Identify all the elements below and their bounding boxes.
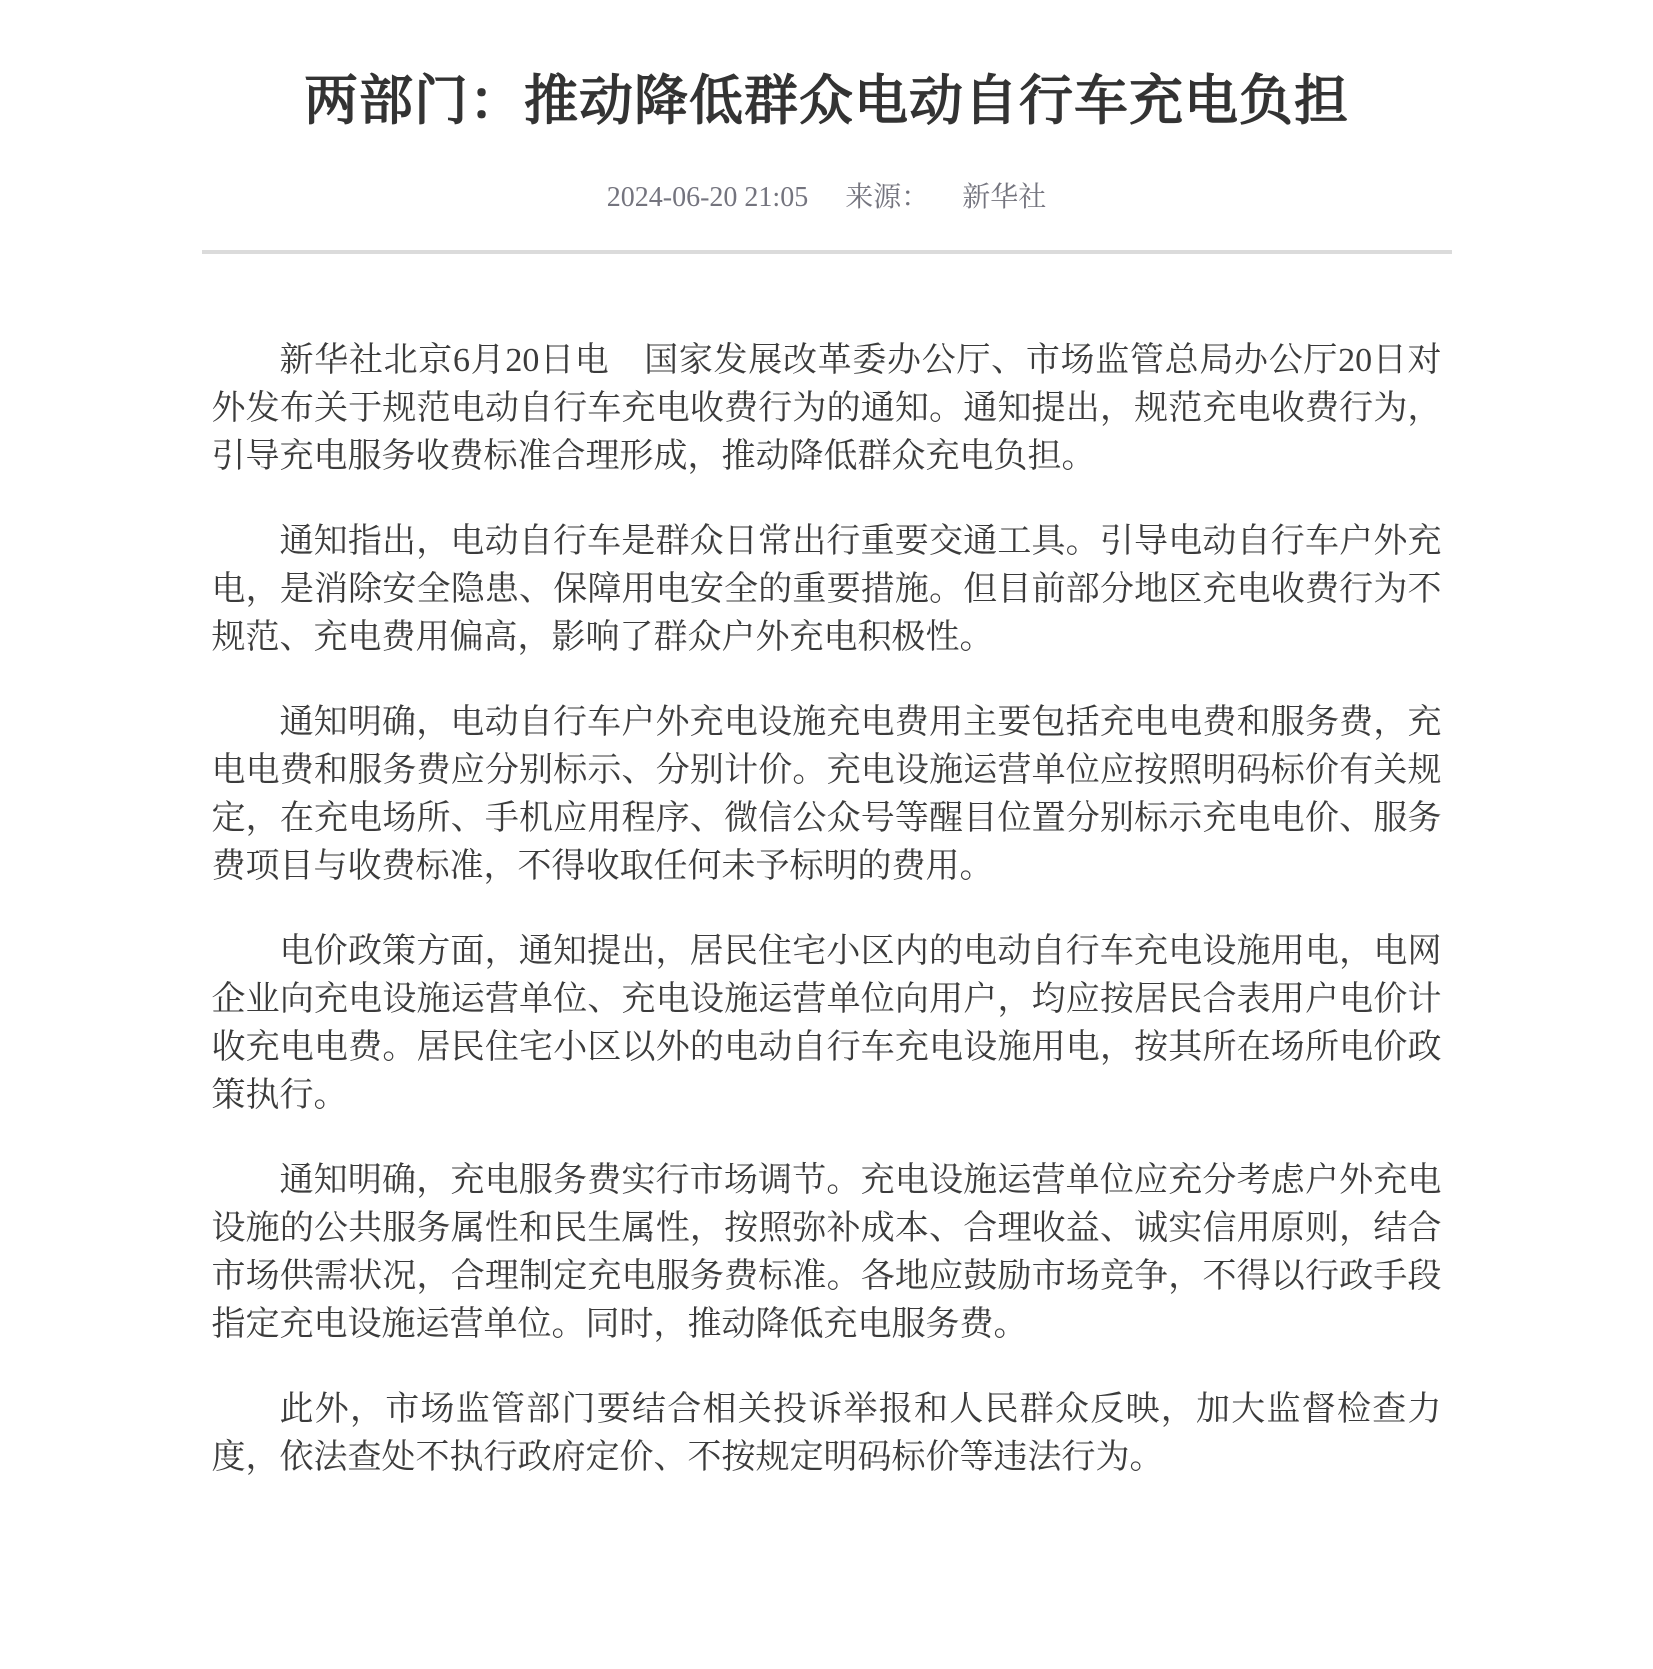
article-meta: 2024-06-20 21:05 来源： 新华社 bbox=[202, 178, 1452, 218]
source-name: 新华社 bbox=[962, 182, 1046, 213]
paragraph-5: 通知明确，充电服务费实行市场调节。充电设施运营单位应充分考虑户外充电设施的公共服… bbox=[212, 1157, 1442, 1349]
paragraph-1: 新华社北京6月20日电 国家发展改革委办公厅、市场监管总局办公厅20日对外发布关… bbox=[212, 337, 1442, 481]
source-label: 来源： bbox=[845, 182, 929, 213]
header-divider bbox=[202, 250, 1452, 254]
publish-datetime: 2024-06-20 21:05 bbox=[607, 182, 808, 213]
paragraph-4: 电价政策方面，通知提出，居民住宅小区内的电动自行车充电设施用电，电网企业向充电设… bbox=[212, 928, 1442, 1120]
article-title: 两部门：推动降低群众电动自行车充电负担 bbox=[202, 70, 1452, 132]
paragraph-3: 通知明确，电动自行车户外充电设施充电费用主要包括充电电费和服务费，充电电费和服务… bbox=[212, 699, 1442, 891]
article-page: 两部门：推动降低群众电动自行车充电负担 2024-06-20 21:05 来源：… bbox=[202, 70, 1452, 1482]
article-body: 新华社北京6月20日电 国家发展改革委办公厅、市场监管总局办公厅20日对外发布关… bbox=[202, 337, 1452, 1482]
paragraph-2: 通知指出，电动自行车是群众日常出行重要交通工具。引导电动自行车户外充电，是消除安… bbox=[212, 518, 1442, 662]
paragraph-6: 此外，市场监管部门要结合相关投诉举报和人民群众反映，加大监督检查力度，依法查处不… bbox=[212, 1386, 1442, 1482]
